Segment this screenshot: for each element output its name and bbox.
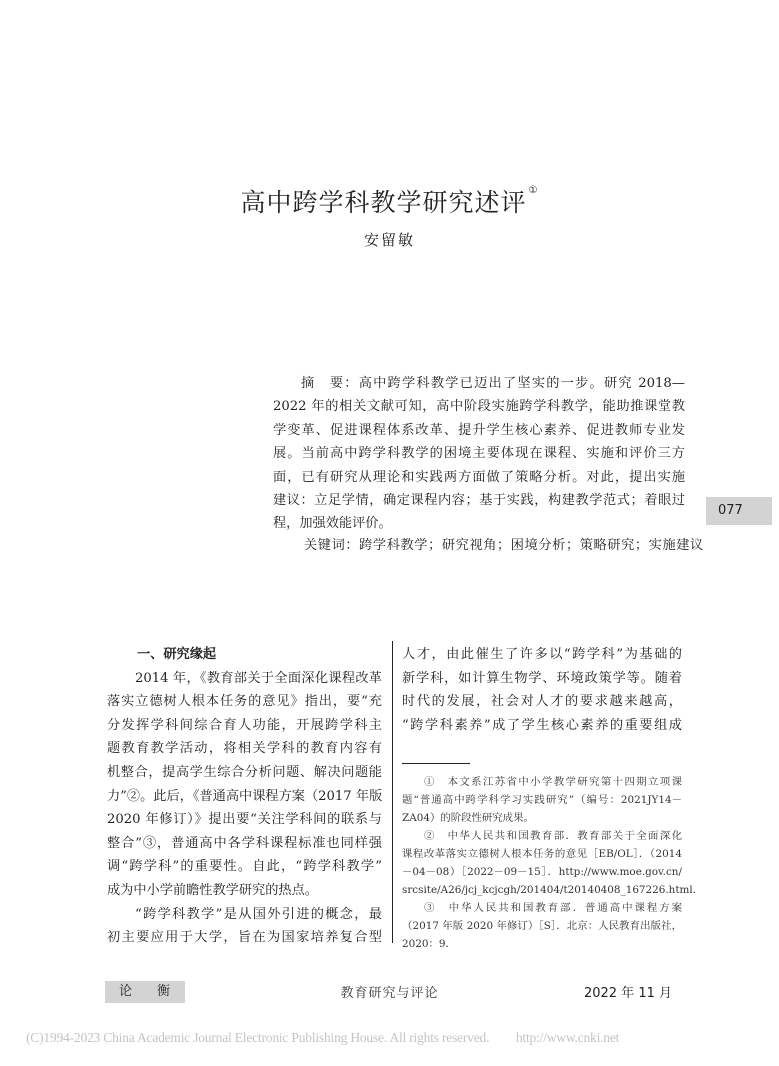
footnote-3: ③ 中华人民共和国教育部．普通高中课程方案 （2017 年版 2020 年修订）… bbox=[402, 899, 682, 953]
footnote-line: －04－08）［2022－09－15］．http://www.moe.gov.c… bbox=[402, 863, 682, 881]
body-line: “跨学科素养”成了学生核心素养的重要组成 bbox=[402, 714, 682, 738]
page-number-tab: 077 bbox=[706, 497, 772, 525]
abstract-line: 建议：立足学情，确定课程内容；基于实践，构建教学范式；着眼过 bbox=[273, 489, 685, 512]
section-heading: 一、研究缘起 bbox=[107, 643, 382, 667]
body-line: 成为中小学前瞻性教学研究的热点。 bbox=[107, 879, 382, 903]
body-line: 机整合，提高学生综合分析问题、解决问题能 bbox=[107, 761, 382, 785]
body-right-column: 人才，由此催生了许多以“跨学科”为基础的 新学科，如计算生物学、环境政策学等。随… bbox=[402, 643, 682, 737]
body-line: 分发挥学科间综合育人功能，开展跨学科主 bbox=[107, 714, 382, 738]
copyright-notice: (C)1994-2023 China Academic Journal Elec… bbox=[26, 1026, 619, 1046]
abstract: 摘 要：高中跨学科教学已迈出了坚实的一步。研究 2018— 2022 年的相关文… bbox=[273, 372, 685, 536]
footnote-line: ② 中华人民共和国教育部．教育部关于全面深化 bbox=[402, 827, 682, 845]
column-divider bbox=[392, 641, 393, 943]
footnote-line: ZA04）的阶段性研究成果。 bbox=[402, 809, 682, 827]
footnote-line: （2017 年版 2020 年修订）［S］．北京：人民教育出版社， bbox=[402, 917, 682, 935]
body-line: 力”②。此后，《普通高中课程方案（2017 年版 bbox=[107, 785, 382, 809]
body-line: 人才，由此催生了许多以“跨学科”为基础的 bbox=[402, 643, 682, 667]
abstract-line: 展。当前高中跨学科教学的困境主要体现在课程、实施和评价三方 bbox=[273, 442, 685, 465]
abstract-line: 学变革、促进课程体系改革、提升学生核心素养、促进教师专业发 bbox=[273, 419, 685, 442]
article-title-text: 高中跨学科教学研究述评 bbox=[241, 188, 527, 217]
footnote-line: 课程改革落实立德树人根本任务的意见［EB/OL］．（2014 bbox=[402, 845, 682, 863]
body-line: 时代的发展，社会对人才的要求越来越高， bbox=[402, 690, 682, 714]
title-footnote-marker[interactable]: ① bbox=[529, 185, 539, 196]
body-line: 整合”③，普通高中各学科课程标准也同样强 bbox=[107, 832, 382, 856]
footnote-line: ① 本文系江苏省中小学教学研究第十四期立项课 bbox=[402, 773, 682, 791]
abstract-line: 程，加强效能评价。 bbox=[273, 512, 685, 535]
body-left-column: 一、研究缘起 2014 年，《教育部关于全面深化课程改革 落实立德树人根本任务的… bbox=[107, 643, 382, 950]
issue-date: 2022 年 11 月 bbox=[584, 982, 672, 1001]
footnote-2: ② 中华人民共和国教育部．教育部关于全面深化 课程改革落实立德树人根本任务的意见… bbox=[402, 827, 682, 899]
body-line: 落实立德树人根本任务的意见》指出，要“充 bbox=[107, 690, 382, 714]
body-line: 2014 年，《教育部关于全面深化课程改革 bbox=[107, 667, 382, 691]
body-line: 题教育教学活动，将相关学科的教育内容有 bbox=[107, 737, 382, 761]
body-line: 新学科，如计算生物学、环境政策学等。随着 bbox=[402, 667, 682, 691]
footnote-line: 2020：9． bbox=[402, 935, 682, 953]
footnote-url-line[interactable]: srcsite/A26/jcj_kcjcgh/201404/t20140408_… bbox=[402, 881, 682, 899]
footnote-line: 题“普通高中跨学科学习实践研究”（编号：2021JY14－ bbox=[402, 791, 682, 809]
body-line: 2020 年修订）》提出要“关注学科间的联系与 bbox=[107, 808, 382, 832]
article-title: 高中跨学科教学研究述评① bbox=[0, 183, 779, 219]
footnote-1: ① 本文系江苏省中小学教学研究第十四期立项课 题“普通高中跨学科学习实践研究”（… bbox=[402, 773, 682, 827]
abstract-line: 2022 年的相关文献可知，高中阶段实施跨学科教学，能助推课堂教 bbox=[273, 395, 685, 418]
body-line: 初主要应用于大学，旨在为国家培养复合型 bbox=[107, 926, 382, 950]
body-line: “跨学科教学”是从国外引进的概念，最 bbox=[107, 903, 382, 927]
keywords: 关键词：跨学科教学；研究视角；困境分析；策略研究；实施建议 bbox=[304, 534, 704, 553]
body-line: 调“跨学科”的重要性。自此，“跨学科教学” bbox=[107, 855, 382, 879]
footnote-line: ③ 中华人民共和国教育部．普通高中课程方案 bbox=[402, 899, 682, 917]
article-author: 安留敏 bbox=[0, 229, 779, 250]
abstract-line: 面，已有研究从理论和实践两方面做了策略分析。对此，提出实施 bbox=[273, 466, 685, 489]
abstract-line: 摘 要：高中跨学科教学已迈出了坚实的一步。研究 2018— bbox=[273, 372, 685, 395]
footnotes: ① 本文系江苏省中小学教学研究第十四期立项课 题“普通高中跨学科学习实践研究”（… bbox=[402, 773, 682, 953]
footnote-separator bbox=[402, 763, 470, 764]
